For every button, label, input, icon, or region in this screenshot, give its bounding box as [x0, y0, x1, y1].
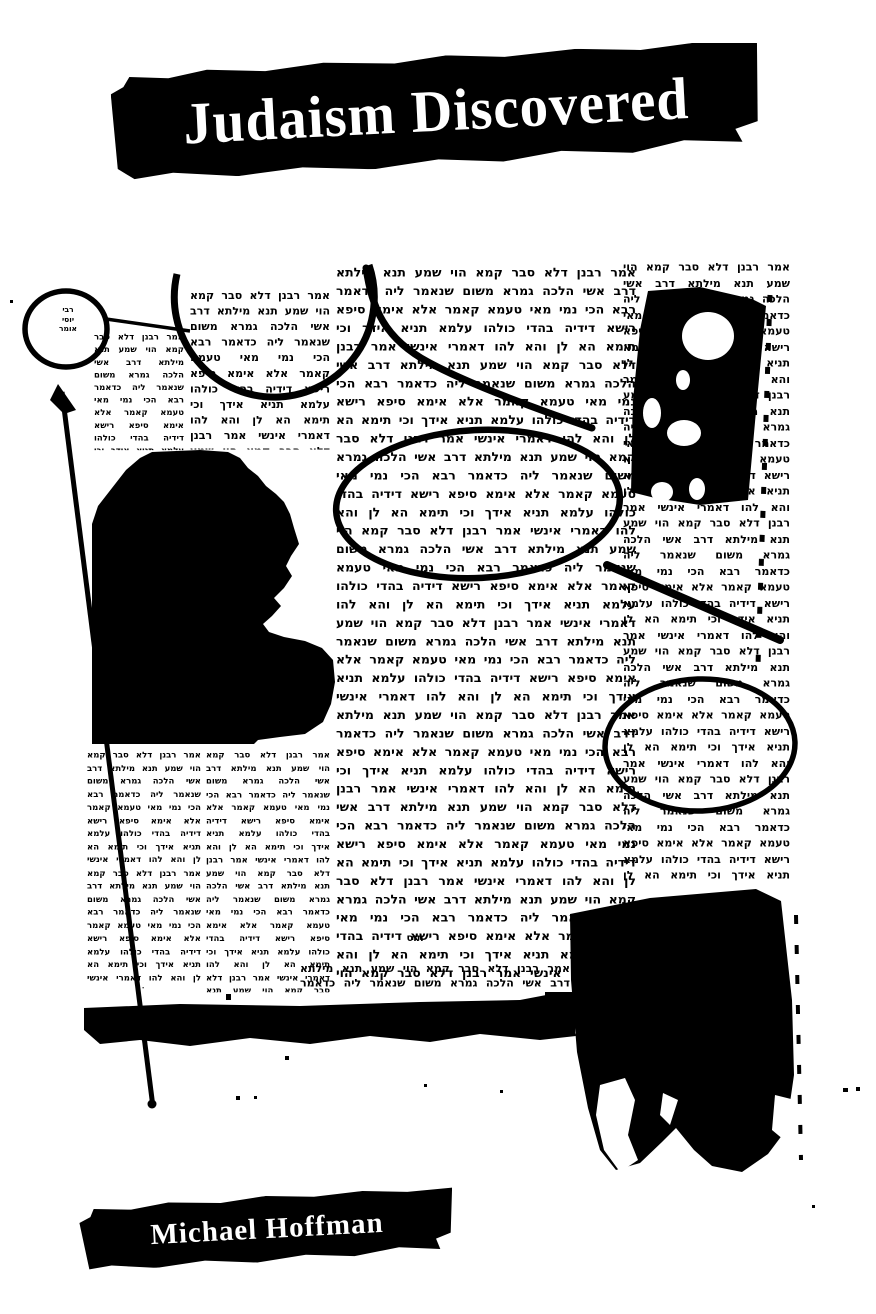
author-name: Michael Hoffman — [150, 1206, 385, 1251]
arrow-annotation-long — [50, 384, 157, 1109]
hebrew-text-column-right: אמר רבנן דלא סבר קמא הוי שמע תנא מילתא ד… — [623, 260, 790, 881]
circled-margin-note: רבי יוסי אומר — [42, 305, 94, 359]
redaction-bar — [84, 992, 576, 1046]
margin-note-line: יוסי — [42, 315, 94, 325]
hebrew-text-column-central: אמר רבנן דלא סבר קמא הוי שמע תנא מילתא ד… — [336, 263, 636, 981]
margin-note-line: אומר — [42, 324, 94, 334]
book-title: Judaism Discovered — [182, 64, 691, 157]
pointer-line-oval-connector — [106, 319, 190, 331]
book-cover: Judaism Discovered אמר רבנן דלא סבר קמא … — [0, 0, 876, 1314]
hebrew-text-footer-lines: אמר רבנן דלא סבר קמא הוי שמע תנא מילתא ד… — [300, 961, 570, 990]
hebrew-text-column-upper-mid: אמר רבנן דלא סבר קמא הוי שמע תנא מילתא ד… — [190, 288, 330, 449]
hebrew-text-column-lower-mid-left: אמר רבנן דלא סבר קמא הוי שמע תנא מילתא ד… — [206, 750, 330, 993]
silhouette-figure — [92, 450, 335, 744]
hebrew-text-column-lower-left: אמר רבנן דלא סבר קמא הוי שמע תנא מילתא ד… — [87, 750, 201, 989]
margin-note-line: רבי — [42, 305, 94, 315]
hebrew-text-column-top-left: אמר רבנן דלא סבר קמא הוי שמע תנא מילתא ד… — [94, 332, 184, 450]
talmud-collage: אמר רבנן דלא סבר קמא הוי שמע תנא מילתא ד… — [0, 0, 876, 1314]
hebrew-tiny-word: תוס — [394, 932, 436, 947]
